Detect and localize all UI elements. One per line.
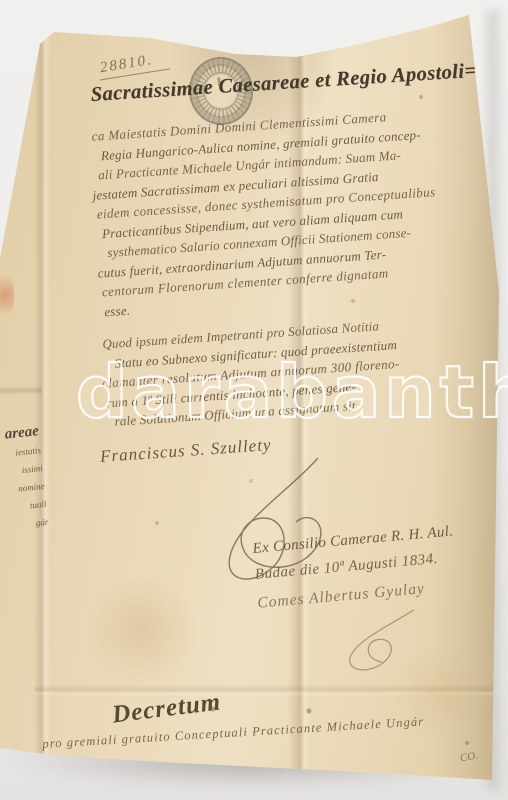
red-wax-smudge	[0, 268, 14, 322]
fold-crease-strip	[0, 386, 42, 395]
photographed-document: areaeiestatisissiminominetualigár 28810.…	[0, 0, 508, 800]
darabanth-watermark: darabanth	[76, 356, 508, 428]
signature-flourish	[318, 608, 448, 678]
foxing-speckles	[0, 0, 2, 2]
fold-crease-left	[34, 0, 50, 800]
